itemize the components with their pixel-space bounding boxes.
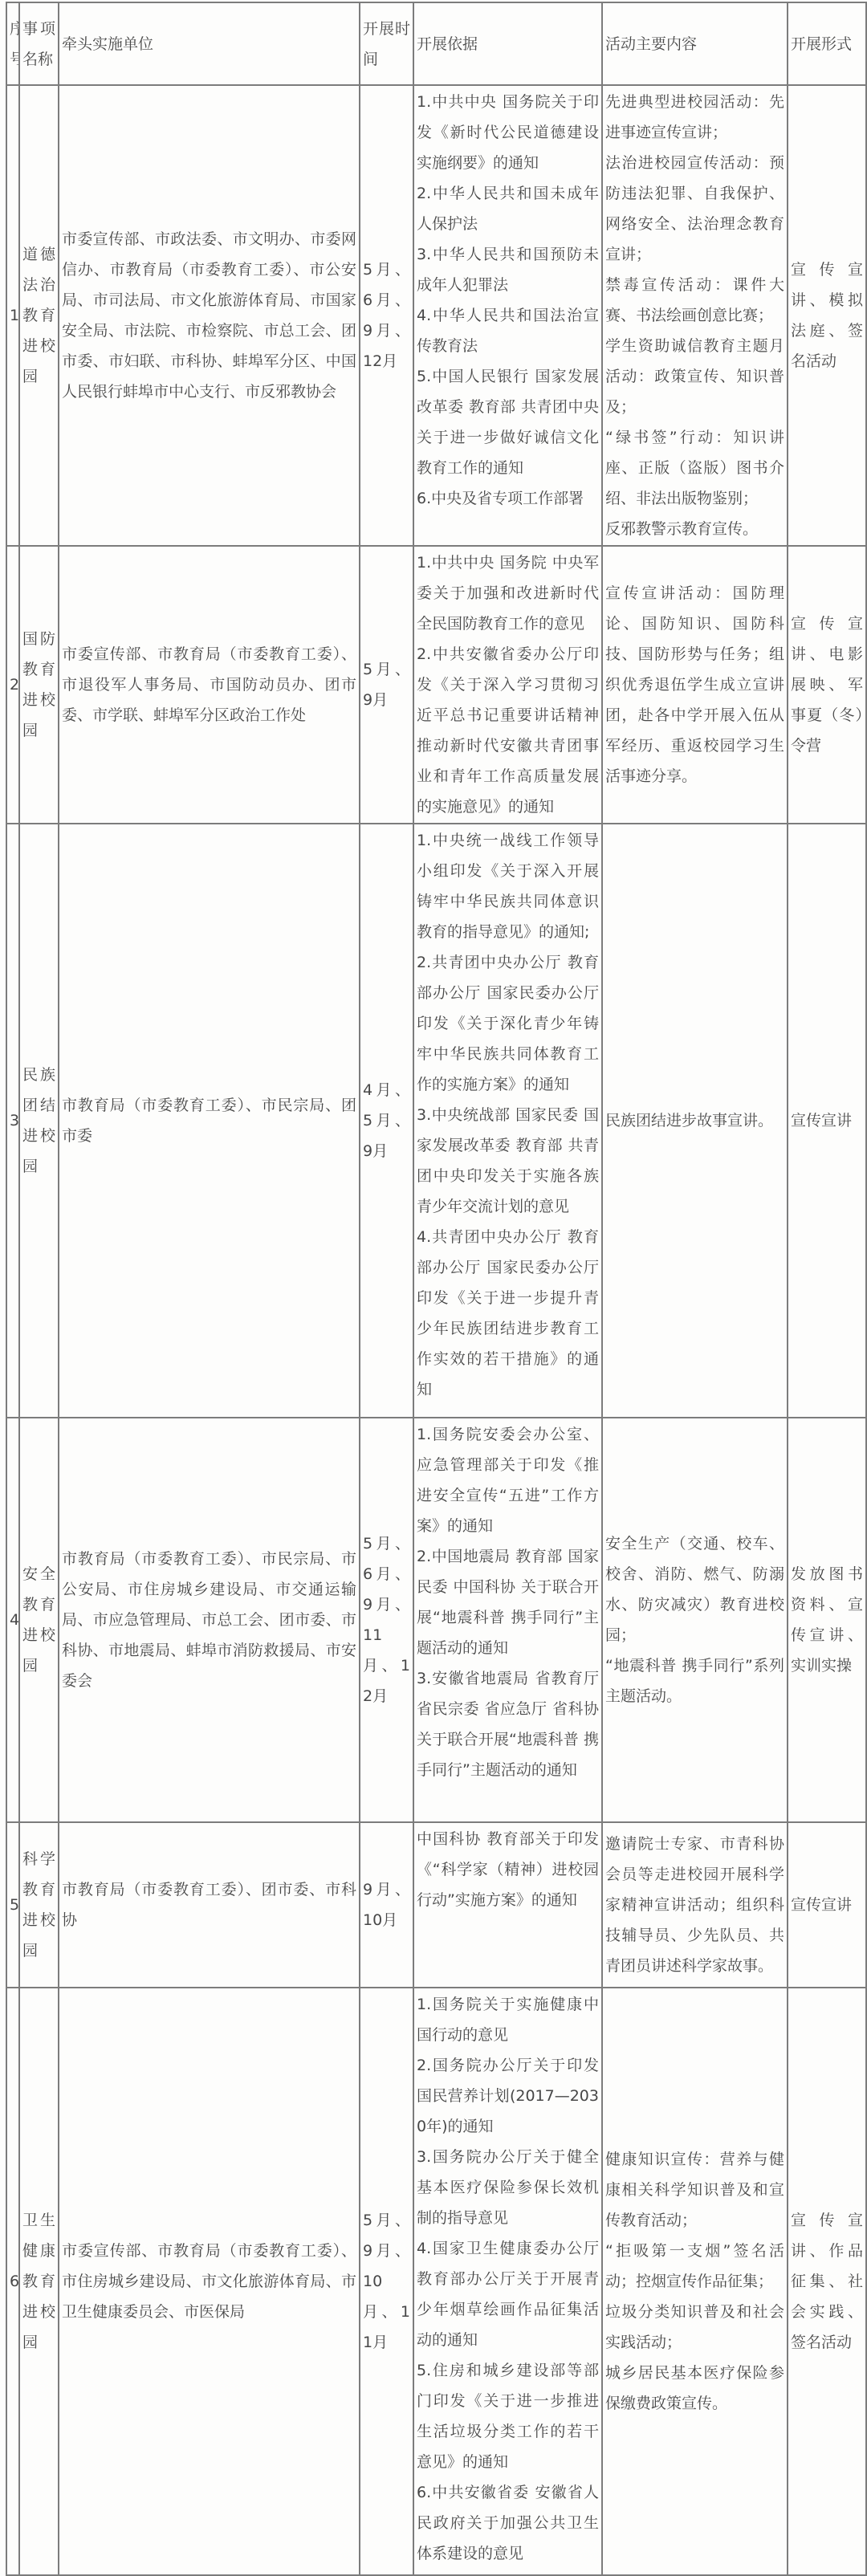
table-row: 2 国防教育进校园 市委宣传部、市教育局（市委教育工委）、市退役军人事务局、市国… bbox=[6, 546, 866, 824]
cell-time: 5月、9月、10月、11月 bbox=[360, 1988, 413, 2575]
table-row: 5 科学教育进校园 市教育局（市委教育工委）、团市委、市科协 9月、10月 中国… bbox=[6, 1822, 866, 1988]
cell-name: 国防教育进校园 bbox=[19, 546, 59, 824]
cell-form: 宣传宣讲、模拟法庭、签名活动 bbox=[788, 85, 866, 546]
table-row: 6 卫生健康教育进校园 市委宣传部、市教育局（市委教育工委）、市住房城乡建设局、… bbox=[6, 1988, 866, 2575]
cell-no: 6 bbox=[6, 1988, 19, 2575]
table-row: 3 民族团结进校园 市教育局（市委教育工委）、市民宗局、团市委 4月、5月、9月… bbox=[6, 824, 866, 1418]
cell-name: 安全教育进校园 bbox=[19, 1418, 59, 1822]
cell-no: 2 bbox=[6, 546, 19, 824]
cell-units: 市教育局（市委教育工委）、市民宗局、市公安局、市住房城乡建设局、市交通运输局、市… bbox=[59, 1418, 360, 1822]
header-time: 开展时间 bbox=[360, 2, 413, 85]
table-row: 1 道德法治教育进校园 市委宣传部、市政法委、市文明办、市委网信办、市教育局（市… bbox=[6, 85, 866, 546]
cell-time: 4月、5月、9月 bbox=[360, 824, 413, 1418]
cell-no: 4 bbox=[6, 1418, 19, 1822]
cell-no: 3 bbox=[6, 824, 19, 1418]
cell-content: 健康知识宣传：营养与健康相关科学知识普及和宣传教育活动； “拒吸第一支烟”签名活… bbox=[602, 1988, 788, 2575]
cell-time: 5月、6月、9月、12月 bbox=[360, 85, 413, 546]
cell-form: 宣传宣讲、电影展映、军事夏（冬）令营 bbox=[788, 546, 866, 824]
cell-content: 宣传宣讲活动：国防理论、国防知识、国防科技、国防形势与任务；组织优秀退伍学生成立… bbox=[602, 546, 788, 824]
cell-basis: 1.国务院关于实施健康中国行动的意见 2.国务院办公厅关于印发国民营养计划(20… bbox=[413, 1988, 602, 2575]
cell-name: 道德法治教育进校园 bbox=[19, 85, 59, 546]
header-units: 牵头实施单位 bbox=[59, 2, 360, 85]
cell-content: 民族团结进步故事宣讲。 bbox=[602, 824, 788, 1418]
cell-units: 市教育局（市委教育工委）、团市委、市科协 bbox=[59, 1822, 360, 1988]
cell-time: 5月、6月、9月、11月、12月 bbox=[360, 1418, 413, 1822]
cell-form: 宣传宣讲 bbox=[788, 1822, 866, 1988]
cell-basis: 1.中央统一战线工作领导小组印发《关于深入开展铸牢中华民族共同体意识教育的指导意… bbox=[413, 824, 602, 1418]
cell-name: 科学教育进校园 bbox=[19, 1822, 59, 1988]
cell-no: 1 bbox=[6, 85, 19, 546]
campus-activity-schedule-table: 序号 事项名称 牵头实施单位 开展时间 开展依据 活动主要内容 开展形式 1 道… bbox=[6, 2, 867, 2576]
cell-name: 卫生健康教育进校园 bbox=[19, 1988, 59, 2575]
header-row: 序号 事项名称 牵头实施单位 开展时间 开展依据 活动主要内容 开展形式 bbox=[6, 2, 866, 85]
cell-time: 5月、9月 bbox=[360, 546, 413, 824]
cell-units: 市教育局（市委教育工委）、市民宗局、团市委 bbox=[59, 824, 360, 1418]
header-content: 活动主要内容 bbox=[602, 2, 788, 85]
cell-basis: 中国科协 教育部关于印发《“科学家（精神）进校园行动”实施方案》的通知 bbox=[413, 1822, 602, 1988]
cell-form: 宣传宣讲、作品征集、社会实践、签名活动 bbox=[788, 1988, 866, 2575]
table-row: 4 安全教育进校园 市教育局（市委教育工委）、市民宗局、市公安局、市住房城乡建设… bbox=[6, 1418, 866, 1822]
header-form: 开展形式 bbox=[788, 2, 866, 85]
header-no: 序号 bbox=[6, 2, 19, 85]
cell-name: 民族团结进校园 bbox=[19, 824, 59, 1418]
cell-units: 市委宣传部、市政法委、市文明办、市委网信办、市教育局（市委教育工委）、市公安局、… bbox=[59, 85, 360, 546]
cell-form: 发放图书资料、宣传宣讲、实训实操 bbox=[788, 1418, 866, 1822]
header-basis: 开展依据 bbox=[413, 2, 602, 85]
header-name: 事项名称 bbox=[19, 2, 59, 85]
cell-content: 邀请院士专家、市青科协会员等走进校园开展科学家精神宣讲活动；组织科技辅导员、少先… bbox=[602, 1822, 788, 1988]
cell-form: 宣传宣讲 bbox=[788, 824, 866, 1418]
cell-basis: 1.中共中央 国务院关于印发《新时代公民道德建设实施纲要》的通知 2.中华人民共… bbox=[413, 85, 602, 546]
cell-content: 先进典型进校园活动：先进事迹宣传宣讲； 法治进校园宣传活动：预防违法犯罪、自我保… bbox=[602, 85, 788, 546]
cell-content: 安全生产（交通、校车、校舍、消防、燃气、防溺水、防灾减灾）教育进校园； “地震科… bbox=[602, 1418, 788, 1822]
cell-time: 9月、10月 bbox=[360, 1822, 413, 1988]
cell-basis: 1.国务院安委会办公室、应急管理部关于印发《推进安全宣传“五进”工作方案》的通知… bbox=[413, 1418, 602, 1822]
cell-no: 5 bbox=[6, 1822, 19, 1988]
cell-units: 市委宣传部、市教育局（市委教育工委）、市退役军人事务局、市国防动员办、团市委、市… bbox=[59, 546, 360, 824]
cell-basis: 1.中共中央 国务院 中央军委关于加强和改进新时代全民国防教育工作的意见 2.中… bbox=[413, 546, 602, 824]
cell-units: 市委宣传部、市教育局（市委教育工委）、市住房城乡建设局、市文化旅游体育局、市卫生… bbox=[59, 1988, 360, 2575]
